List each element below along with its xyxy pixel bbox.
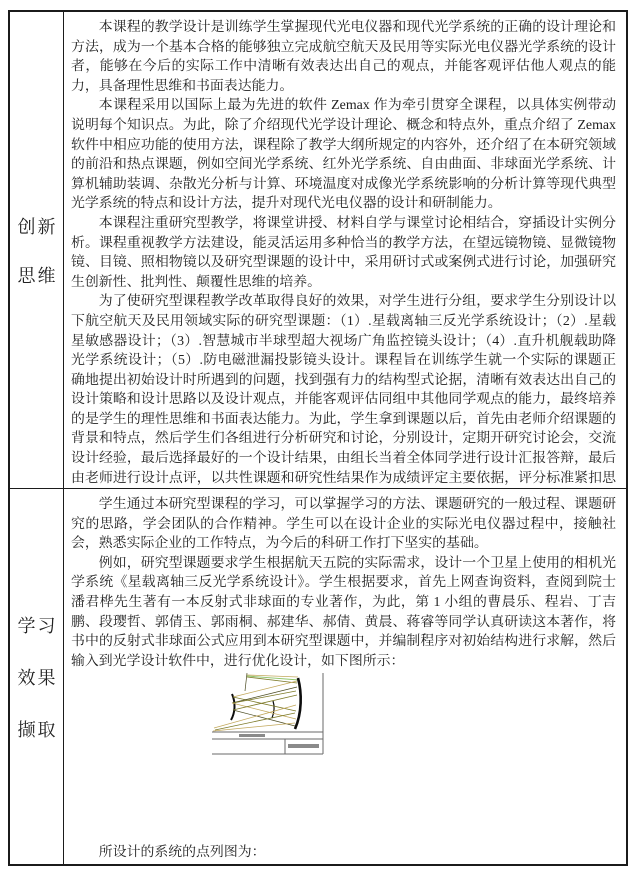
ray-trace-diagram — [211, 673, 326, 757]
row-header-line: 学习 — [16, 612, 58, 638]
ray — [233, 697, 296, 711]
row-content-innovation-thinking: 本课程的教学设计是训练学生掌握现代光电仪器和现代光学系统的正确的设计理论和方法，… — [64, 12, 626, 488]
ray — [245, 673, 247, 691]
paragraph: 本课程的教学设计是训练学生掌握现代光电仪器和现代光学系统的正确的设计理论和方法，… — [71, 18, 616, 96]
row-content-learning-outcomes: 学生通过本研究型课程的学习，可以掌握学习的方法、课题研究的一般过程、课题研究的思… — [64, 489, 626, 864]
tertiary-mirror — [272, 701, 274, 718]
paragraph: 本课程采用以国际上最为先进的软件 Zemax 作为牵引贯穿全课程，以具体实例带动… — [71, 96, 616, 214]
table-row-innovation-thinking: 创新 思维 本课程的教学设计是训练学生掌握现代光电仪器和现代光学系统的正确的设计… — [10, 12, 626, 489]
figure-scale-mark — [288, 744, 319, 748]
table-row-learning-outcomes: 学习 效果 撷取 学生通过本研究型课程的学习，可以掌握学习的方法、课题研究的一般… — [10, 489, 626, 864]
row-header-line: 撷取 — [16, 716, 58, 742]
ray — [233, 691, 296, 703]
secondary-mirror — [231, 694, 235, 720]
paragraph: 例如，研究型课题要求学生根据航天五院的实际需求，设计一个卫星上使用的相机光学系统… — [71, 554, 616, 672]
figure-caption-mark — [239, 734, 265, 737]
blank-space — [71, 757, 616, 843]
paragraph: 为了使研究型课程教学改革取得良好的效果，对学生进行分组，要求学生分别设计以下航空… — [71, 292, 616, 488]
paragraph: 本课程注重研究型教学，将课堂讲授、材料自学与课堂讨论相结合，穿插设计实例分析。课… — [71, 214, 616, 292]
evaluation-table: 创新 思维 本课程的教学设计是训练学生掌握现代光电仪器和现代光学系统的正确的设计… — [8, 10, 628, 866]
row-header-learning-outcomes: 学习 效果 撷取 — [10, 489, 64, 864]
row-header-line: 效果 — [16, 664, 58, 690]
closing-paragraph: 所设计的系统的点列图为： — [71, 843, 616, 863]
ray — [213, 723, 295, 731]
row-header-line: 创新 — [16, 213, 58, 239]
paragraph: 学生通过本研究型课程的学习，可以掌握学习的方法、课题研究的一般过程、课题研究的思… — [71, 495, 616, 554]
primary-mirror — [295, 678, 301, 729]
row-header-innovation-thinking: 创新 思维 — [10, 12, 64, 488]
ray — [232, 703, 296, 719]
row-header-line: 思维 — [16, 262, 58, 288]
optical-layout-figure — [211, 673, 326, 757]
